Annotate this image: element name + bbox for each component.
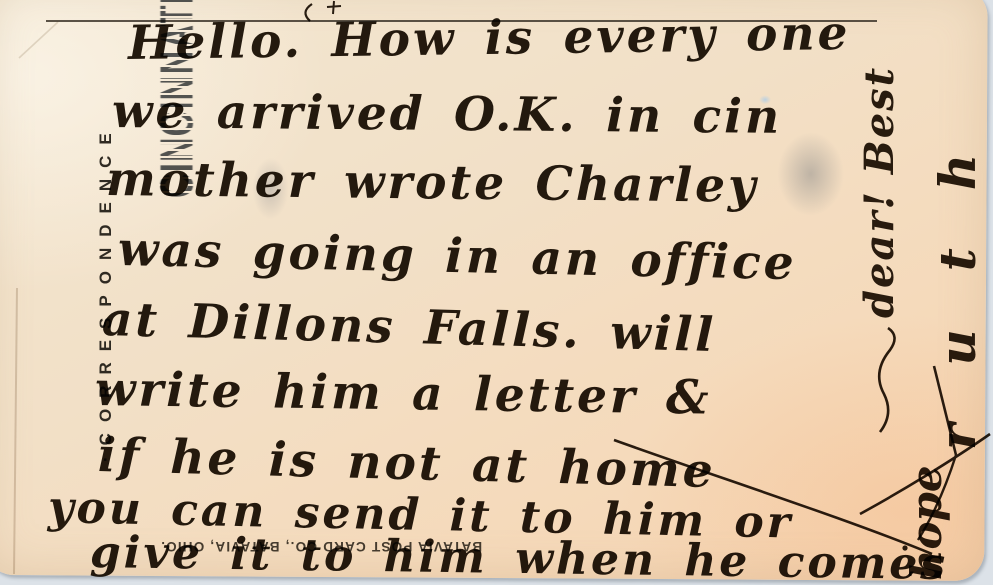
margin-squiggle-icon bbox=[879, 328, 894, 432]
pen-flourish-icon bbox=[934, 366, 956, 455]
pen-strokes-overlay bbox=[0, 0, 993, 585]
postcard-scan: ·CORRESPONDENCE CINCINNATI BATAVIA POST … bbox=[0, 0, 993, 585]
pen-slash-icon bbox=[860, 434, 990, 514]
top-edge-mark-icon bbox=[305, 4, 312, 21]
pen-dot-icon bbox=[902, 545, 907, 550]
top-edge-mark-icon bbox=[327, 1, 341, 14]
pen-slash-icon bbox=[614, 440, 932, 554]
paper-crease bbox=[14, 288, 17, 574]
paper-crease bbox=[19, 22, 58, 58]
